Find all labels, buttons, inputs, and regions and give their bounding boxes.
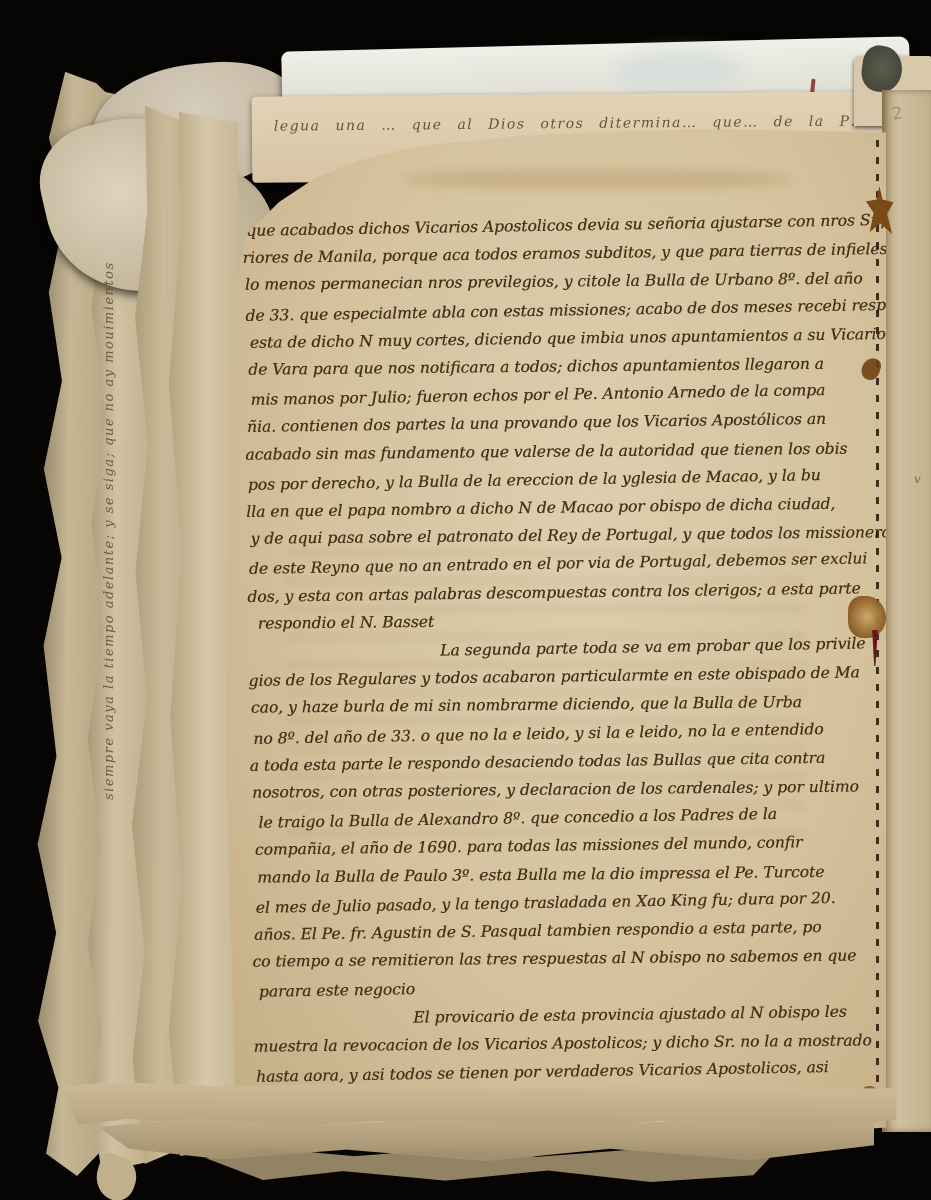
ink-blot-lower: [848, 596, 886, 638]
next-folio-edge: 2 v: [882, 90, 931, 1132]
manuscript-page: que acabados dichos Vicarios Apostolicos…: [226, 118, 886, 1146]
margin-vertical-text: siempre vaya la tiempo adelante; y se si…: [102, 150, 138, 800]
edge-text-fragment: v: [914, 472, 921, 486]
manuscript-text-block: que acabados dichos Vicarios Apostolicos…: [242, 207, 891, 1118]
ink-bleedthrough: [402, 168, 792, 190]
paper-tint: [611, 48, 742, 91]
manuscript-photo: legua una … que al Dios otros ditermina……: [0, 0, 931, 1200]
folio-number: 2: [890, 103, 904, 125]
